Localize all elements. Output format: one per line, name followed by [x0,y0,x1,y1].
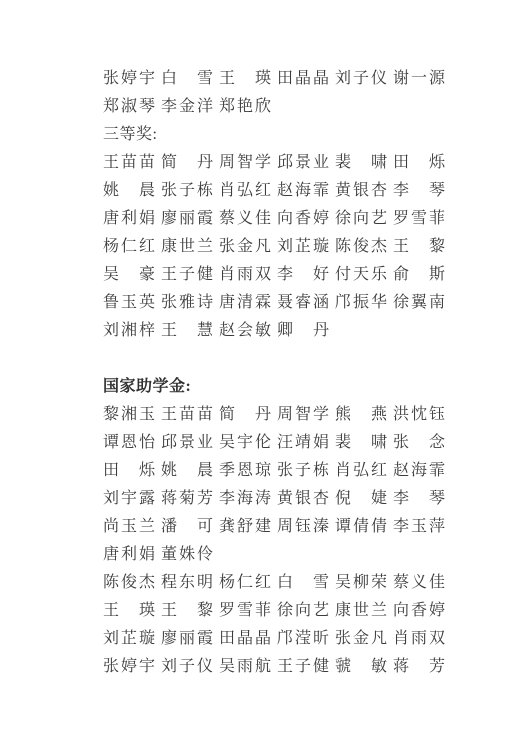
person-name: 邱景业 [161,429,213,452]
person-name: 刘宇露 [103,485,155,508]
person-name: 付天乐 [335,261,387,284]
person-name: 王慧 [161,317,213,340]
person-name: 唐清霖 [219,289,271,312]
person-name: 周智学 [277,401,329,424]
person-name: 刘芷璇 [277,233,329,256]
person-name: 张子栋 [161,177,213,200]
person-name: 周智学 [219,149,271,172]
name-row: 田烁姚晨季恩琼张子栋肖弘红赵海霏 [103,454,463,482]
person-name: 李琴 [393,485,445,508]
person-name: 简丹 [161,149,213,172]
person-name: 李好 [277,261,329,284]
person-name: 谭倩倩 [335,513,387,536]
person-name: 鲁玉英 [103,289,155,312]
person-name: 张子栋 [277,457,329,480]
person-name: 谢一源 [393,65,445,88]
person-name: 季恩琼 [219,457,271,480]
document-page: 张婷宇白雪王瑛田晶晶刘子仪谢一源郑淑琴李金洋郑艳欣三等奖:王苗苗简丹周智学邱景业… [0,0,529,748]
person-name: 杨仁红 [103,233,155,256]
person-name: 肖雨双 [219,261,271,284]
person-name: 向香婷 [277,205,329,228]
name-row: 鲁玉英张雅诗唐清霖聂睿涵邝振华徐翼南 [103,286,463,314]
person-name: 龚舒建 [219,513,271,536]
name-row: 杨仁红康世兰张金凡刘芷璇陈俊杰王黎 [103,230,463,258]
name-row: 姚晨张子栋肖弘红赵海霏黄银杏李琴 [103,174,463,202]
name-row: 吴豪王子健肖雨双李好付天乐俞斯 [103,258,463,286]
person-name: 康世兰 [335,597,387,620]
blank-line [103,342,463,370]
person-name: 王苗苗 [103,149,155,172]
person-name: 李玉萍 [393,513,445,536]
name-row: 刘宇露蒋菊芳李海涛黄银杏倪婕李琴 [103,482,463,510]
person-name: 潘可 [161,513,213,536]
person-name: 田烁 [103,457,155,480]
person-name: 黎湘玉 [103,401,155,424]
person-name: 吴宇伦 [219,429,271,452]
person-name: 裴啸 [335,429,387,452]
person-name: 张雅诗 [161,289,213,312]
person-name: 裴啸 [335,149,387,172]
person-name: 刘子仪 [161,653,213,676]
person-name: 刘子仪 [335,65,387,88]
name-row: 刘芷璇廖丽霞田晶晶邝滢昕张金凡肖雨双 [103,622,463,650]
name-row: 黎湘玉王苗苗简丹周智学熊燕洪忱钰 [103,398,463,426]
person-name: 杨仁红 [219,569,271,592]
person-name: 吴豪 [103,261,155,284]
person-name: 蔡义佳 [219,205,271,228]
person-name: 刘芷璇 [103,625,155,648]
person-name: 赵海霏 [277,177,329,200]
name-row: 张婷宇刘子仪吴雨航王子健虢敏蒋芳 [103,650,463,678]
person-name: 李海涛 [219,485,271,508]
person-name: 姚晨 [103,177,155,200]
person-name: 张念 [393,429,445,452]
person-name: 陈俊杰 [335,233,387,256]
person-name: 卿丹 [277,317,329,340]
person-name: 虢敏 [335,653,387,676]
person-name: 王黎 [161,597,213,620]
person-name: 郑淑琴 [103,93,155,116]
person-name: 聂睿涵 [277,289,329,312]
person-name: 赵会敏 [219,317,271,340]
person-name: 唐利娟 [103,541,155,564]
person-name: 肖弘红 [219,177,271,200]
person-name: 罗雪菲 [393,205,445,228]
person-name: 陈俊杰 [103,569,155,592]
person-name: 廖丽霞 [161,625,213,648]
name-row: 尚玉兰潘可龚舒建周钰溱谭倩倩李玉萍 [103,510,463,538]
person-name: 田晶晶 [277,65,329,88]
person-name: 罗雪菲 [219,597,271,620]
person-name: 张婷宇 [103,65,155,88]
person-name: 熊燕 [335,401,387,424]
person-name: 程东明 [161,569,213,592]
person-name: 唐利娟 [103,205,155,228]
person-name: 田晶晶 [219,625,271,648]
person-name: 肖弘红 [335,457,387,480]
person-name: 王苗苗 [161,401,213,424]
name-list: 张婷宇白雪王瑛田晶晶刘子仪谢一源郑淑琴李金洋郑艳欣三等奖:王苗苗简丹周智学邱景业… [103,62,463,678]
name-row: 张婷宇白雪王瑛田晶晶刘子仪谢一源 [103,62,463,90]
name-row: 王苗苗简丹周智学邱景业裴啸田烁 [103,146,463,174]
person-name: 王瑛 [103,597,155,620]
person-name: 徐翼南 [393,289,445,312]
person-name: 吴雨航 [219,653,271,676]
person-name: 蒋菊芳 [161,485,213,508]
name-row: 陈俊杰程东明杨仁红白雪吴柳荣蔡义佳 [103,566,463,594]
person-name: 王子健 [277,653,329,676]
person-name: 黄银杏 [277,485,329,508]
person-name: 黄银杏 [335,177,387,200]
person-name: 郑艳欣 [219,93,271,116]
person-name: 倪婕 [335,485,387,508]
person-name: 尚玉兰 [103,513,155,536]
person-name: 徐向艺 [277,597,329,620]
person-name: 廖丽霞 [161,205,213,228]
name-row: 刘湘梓王慧赵会敏卿丹 [103,314,463,342]
person-name: 简丹 [219,401,271,424]
section-heading-label: 三等奖: [103,121,157,144]
person-name: 李琴 [393,177,445,200]
person-name: 吴柳荣 [335,569,387,592]
person-name: 肖雨双 [393,625,445,648]
person-name: 蔡义佳 [393,569,445,592]
person-name: 白雪 [277,569,329,592]
person-name: 刘湘梓 [103,317,155,340]
name-row: 谭恩怡邱景业吴宇伦汪靖娟裴啸张念 [103,426,463,454]
person-name: 王黎 [393,233,445,256]
person-name: 向香婷 [393,597,445,620]
person-name: 田烁 [393,149,445,172]
person-name: 张婷宇 [103,653,155,676]
section-heading: 国家助学金: [103,370,463,398]
person-name: 王瑛 [219,65,271,88]
person-name: 张金凡 [335,625,387,648]
person-name: 康世兰 [161,233,213,256]
person-name: 邱景业 [277,149,329,172]
person-name: 赵海霏 [393,457,445,480]
person-name: 白雪 [161,65,213,88]
name-row: 唐利娟董姝伶 [103,538,463,566]
section-heading-label: 国家助学金: [103,373,191,396]
person-name: 姚晨 [161,457,213,480]
person-name: 邝振华 [335,289,387,312]
name-row: 王瑛王黎罗雪菲徐向艺康世兰向香婷 [103,594,463,622]
name-row: 郑淑琴李金洋郑艳欣 [103,90,463,118]
person-name: 张金凡 [219,233,271,256]
person-name: 俞斯 [393,261,445,284]
person-name: 周钰溱 [277,513,329,536]
person-name: 董姝伶 [161,541,213,564]
person-name: 蒋芳 [393,653,445,676]
person-name: 洪忱钰 [393,401,445,424]
person-name: 谭恩怡 [103,429,155,452]
section-heading: 三等奖: [103,118,463,146]
name-row: 唐利娟廖丽霞蔡义佳向香婷徐向艺罗雪菲 [103,202,463,230]
person-name: 王子健 [161,261,213,284]
person-name: 邝滢昕 [277,625,329,648]
person-name: 汪靖娟 [277,429,329,452]
person-name: 李金洋 [161,93,213,116]
person-name: 徐向艺 [335,205,387,228]
